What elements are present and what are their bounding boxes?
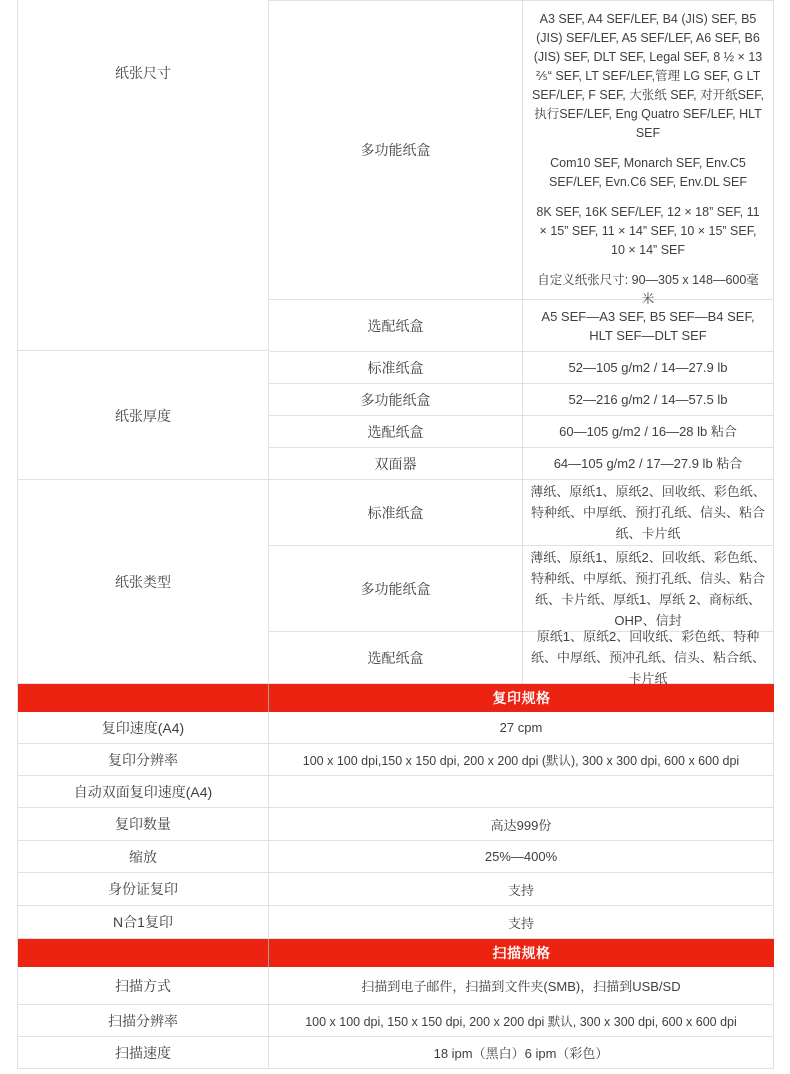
category-cell-paper-type: 纸张类型 (18, 480, 269, 684)
table-row: 自动双面复印速度(A4) (18, 776, 774, 808)
value-cell-paper-sizes: A3 SEF, A4 SEF/LEF, B4 (JIS) SEF, B5 (JI… (523, 1, 774, 300)
paper-thickness-rows: 标准纸盒 52—105 g/m2 / 14—27.9 lb 多功能纸盒 52—2… (269, 352, 774, 480)
header-band-left-segment (18, 939, 269, 967)
table-row: 多功能纸盒 薄纸、原纸1、原纸2、回收纸、彩色纸、特种纸、中厚纸、预打孔纸、信头… (269, 546, 774, 632)
spec-value: 扫描到电子邮件，扫描到文件夹(SMB)，扫描到USB/SD (269, 967, 774, 1005)
spec-label: 扫描分辨率 (18, 1005, 269, 1037)
tray-label: 选配纸盒 (368, 316, 424, 336)
spec-value (269, 776, 774, 808)
tray-label: 选配纸盒 (368, 422, 424, 442)
tray-label: 多功能纸盒 (361, 579, 431, 599)
table-row: 标准纸盒 薄纸、原纸1、原纸2、回收纸、彩色纸、特种纸、中厚纸、预打孔纸、信头、… (269, 480, 774, 546)
table-row: 双面器 64—105 g/m2 / 17—27.9 lb 粘合 (269, 448, 774, 480)
table-row: 扫描速度 18 ipm（黑白）6 ipm（彩色） (18, 1037, 774, 1069)
table-row: 复印数量 高达999份 (18, 808, 774, 841)
spec-label: N合1复印 (18, 906, 269, 939)
printer-spec-table: 纸张尺寸 多功能纸盒 A3 SEF, A4 SEF/LEF, B4 (JIS) … (17, 0, 774, 1069)
spec-value: 支持 (269, 873, 774, 906)
value-cell: 薄纸、原纸1、原纸2、回收纸、彩色纸、特种纸、中厚纸、预打孔纸、信头、粘合纸、卡… (523, 480, 774, 546)
paper-size-paragraph: Com10 SEF, Monarch SEF, Env.C5 SEF/LEF, … (532, 154, 764, 192)
table-row: 选配纸盒 A5 SEF—A3 SEF, B5 SEF—B4 SEF, HLT S… (269, 300, 774, 352)
table-row: 扫描分辨率 100 x 100 dpi, 150 x 150 dpi, 200 … (18, 1005, 774, 1037)
spec-value: 25%—400% (269, 841, 774, 873)
paper-size-rows: 多功能纸盒 A3 SEF, A4 SEF/LEF, B4 (JIS) SEF, … (269, 0, 774, 352)
spec-value: 100 x 100 dpi, 150 x 150 dpi, 200 x 200 … (269, 1005, 774, 1037)
spec-value: 100 x 100 dpi,150 x 150 dpi, 200 x 200 d… (269, 744, 774, 776)
spec-label: 复印分辨率 (18, 744, 269, 776)
section-paper-size: 纸张尺寸 多功能纸盒 A3 SEF, A4 SEF/LEF, B4 (JIS) … (18, 0, 774, 352)
section-paper-thickness: 纸张厚度 标准纸盒 52—105 g/m2 / 14—27.9 lb 多功能纸盒… (18, 352, 774, 480)
table-row: 缩放 25%—400% (18, 841, 774, 873)
tray-label: 双面器 (375, 454, 417, 474)
tray-cell-duplex-unit: 双面器 (269, 448, 523, 480)
value-cell: 52—105 g/m2 / 14—27.9 lb (523, 352, 774, 384)
spec-label: 自动双面复印速度(A4) (18, 776, 269, 808)
table-row: 选配纸盒 60—105 g/m2 / 16—28 lb 粘合 (269, 416, 774, 448)
table-row: 扫描方式 扫描到电子邮件，扫描到文件夹(SMB)，扫描到USB/SD (18, 967, 774, 1005)
header-band-left-segment (18, 684, 269, 712)
spec-value: 支持 (269, 906, 774, 939)
tray-cell-multi-tray: 多功能纸盒 (269, 384, 523, 416)
spec-label: 缩放 (18, 841, 269, 873)
spec-value: 27 cpm (269, 712, 774, 744)
category-label: 纸张厚度 (115, 406, 171, 426)
tray-label: 多功能纸盒 (361, 390, 431, 410)
table-row: 标准纸盒 52—105 g/m2 / 14—27.9 lb (269, 352, 774, 384)
category-cell-paper-thickness: 纸张厚度 (18, 352, 269, 480)
tray-cell-optional-tray: 选配纸盒 (269, 300, 523, 352)
tray-label: 多功能纸盒 (361, 140, 431, 160)
table-row: N合1复印 支持 (18, 906, 774, 939)
section-header-title: 扫描规格 (269, 939, 774, 967)
section-header-copy-specs: 复印规格 (18, 684, 774, 712)
paper-size-paragraph: 8K SEF, 16K SEF/LEF, 12 × 18” SEF, 11 × … (532, 203, 764, 260)
tray-label: 标准纸盒 (368, 358, 424, 378)
tray-cell-standard-tray: 标准纸盒 (269, 352, 523, 384)
spec-value: 高达999份 (269, 808, 774, 841)
tray-cell-multi-tray: 多功能纸盒 (269, 546, 523, 632)
spec-label: 复印速度(A4) (18, 712, 269, 744)
spec-label: 扫描速度 (18, 1037, 269, 1069)
category-cell-paper-size: 纸张尺寸 (18, 0, 269, 351)
section-header-scan-specs: 扫描规格 (18, 939, 774, 967)
value-cell: 薄纸、原纸1、原纸2、回收纸、彩色纸、特种纸、中厚纸、预打孔纸、信头、粘合纸、卡… (523, 546, 774, 632)
tray-cell-optional-tray: 选配纸盒 (269, 416, 523, 448)
tray-cell-multi-tray: 多功能纸盒 (269, 1, 523, 300)
table-row: 多功能纸盒 52—216 g/m2 / 14—57.5 lb (269, 384, 774, 416)
tray-label: 选配纸盒 (368, 648, 424, 668)
table-row: 复印分辨率 100 x 100 dpi,150 x 150 dpi, 200 x… (18, 744, 774, 776)
category-label: 纸张类型 (115, 572, 171, 592)
section-header-title: 复印规格 (269, 684, 774, 712)
table-row: 选配纸盒 原纸1、原纸2、回收纸、彩色纸、特种纸、中厚纸、预冲孔纸、信头、粘合纸… (269, 632, 774, 684)
table-row: 多功能纸盒 A3 SEF, A4 SEF/LEF, B4 (JIS) SEF, … (269, 1, 774, 300)
value-cell: 原纸1、原纸2、回收纸、彩色纸、特种纸、中厚纸、预冲孔纸、信头、粘合纸、卡片纸 (523, 632, 774, 684)
spec-label: 身份证复印 (18, 873, 269, 906)
tray-cell-standard-tray: 标准纸盒 (269, 480, 523, 546)
category-label: 纸张尺寸 (115, 63, 171, 83)
tray-label: 标准纸盒 (368, 503, 424, 523)
value-cell: 64—105 g/m2 / 17—27.9 lb 粘合 (523, 448, 774, 480)
tray-cell-optional-tray: 选配纸盒 (269, 632, 523, 684)
value-cell: A5 SEF—A3 SEF, B5 SEF—B4 SEF, HLT SEF—DL… (523, 300, 774, 352)
spec-label: 复印数量 (18, 808, 269, 841)
spec-value: 18 ipm（黑白）6 ipm（彩色） (269, 1037, 774, 1069)
table-row: 复印速度(A4) 27 cpm (18, 712, 774, 744)
section-paper-type: 纸张类型 标准纸盒 薄纸、原纸1、原纸2、回收纸、彩色纸、特种纸、中厚纸、预打孔… (18, 480, 774, 684)
spec-label: 扫描方式 (18, 967, 269, 1005)
value-cell: 60—105 g/m2 / 16—28 lb 粘合 (523, 416, 774, 448)
paper-type-rows: 标准纸盒 薄纸、原纸1、原纸2、回收纸、彩色纸、特种纸、中厚纸、预打孔纸、信头、… (269, 480, 774, 684)
value-cell: 52—216 g/m2 / 14—57.5 lb (523, 384, 774, 416)
table-row: 身份证复印 支持 (18, 873, 774, 906)
paper-size-paragraph: A3 SEF, A4 SEF/LEF, B4 (JIS) SEF, B5 (JI… (532, 10, 764, 143)
